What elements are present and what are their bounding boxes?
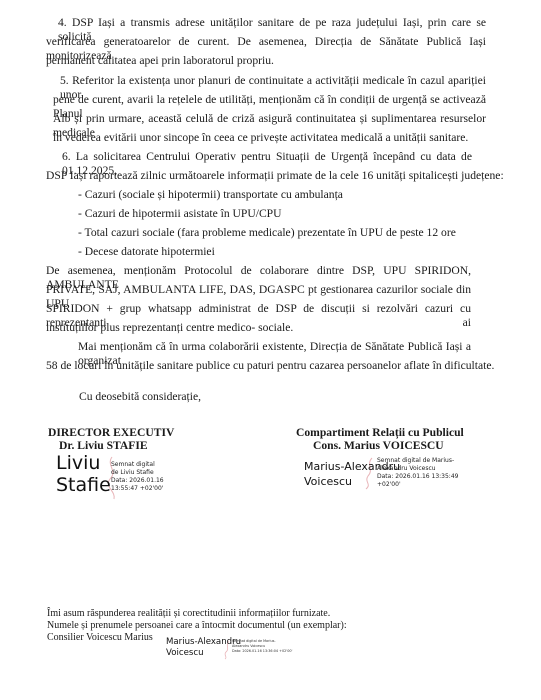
footer-sig-meta-3: Data: 2026.01.16 13:36:04 +02'00' — [232, 649, 292, 654]
left-signatory-title: DIRECTOR EXECUTIV — [48, 426, 174, 440]
right-sig-meta-1: Semnat digital de Marius- — [377, 457, 454, 465]
right-signatory-name: Cons. Marius VOICESCU — [313, 439, 444, 453]
left-sig-first-name: Liviu — [56, 452, 100, 474]
footer-responsibility: Îmi asum răspunderea realității și corec… — [47, 608, 330, 620]
bullet-item: - Total cazuri sociale (fara probleme me… — [78, 226, 456, 240]
footer-sig-meta-2: Alexandru Voicescu — [232, 644, 265, 649]
footer-sig-meta-1: Semnat digital de Marius- — [232, 639, 276, 644]
item6-line-2: DSP Iași raportează zilnic următoarele i… — [46, 169, 504, 183]
footer-sig-last-name: Voicescu — [166, 647, 204, 659]
bullet-item: - Decese datorate hipotermiei — [78, 245, 215, 259]
closing-text: Cu deosebită considerație, — [79, 390, 201, 404]
left-sig-meta-1: Semnat digital — [111, 461, 155, 469]
item5-line-4: în vederea evitării unor sincope în ceea… — [53, 131, 468, 145]
document-page: 4. DSP Iași a transmis adrese unităților… — [0, 0, 541, 700]
bullet-item: - Cazuri de hipotermii asistate în UPU/C… — [78, 207, 282, 221]
item4-line-3: permanent calitatea apei prin laboratoru… — [46, 54, 274, 68]
beds-line-2: 58 de locuri în unitățile sanitare publi… — [46, 359, 494, 373]
protocol-line-4: instituțiilor plus reprezentanți centre … — [46, 321, 293, 335]
footer-author-name: Consilier Voicescu Marius — [47, 632, 153, 644]
left-sig-meta-2: de Liviu Stafie — [111, 469, 154, 477]
left-sig-meta-4: 13:55:47 +02'00' — [111, 485, 163, 493]
bullet-item: - Cazuri (sociale și hipotermii) transpo… — [78, 188, 343, 202]
right-sig-meta-2: Alexandru Voicescu — [377, 465, 436, 473]
right-sig-last-name: Voicescu — [304, 474, 352, 489]
left-sig-meta-3: Data: 2026.01.16 — [111, 477, 164, 485]
right-sig-meta-4: +02'00' — [377, 481, 401, 489]
left-signatory-name: Dr. Liviu STAFIE — [59, 439, 148, 453]
right-sig-meta-3: Data: 2026.01.16 13:35:49 — [377, 473, 458, 481]
right-signatory-title: Compartiment Relații cu Publicul — [296, 426, 464, 440]
footer-author-label: Numele și prenumele persoanei care a înt… — [47, 620, 347, 632]
left-sig-last-name: Stafie — [56, 474, 111, 496]
